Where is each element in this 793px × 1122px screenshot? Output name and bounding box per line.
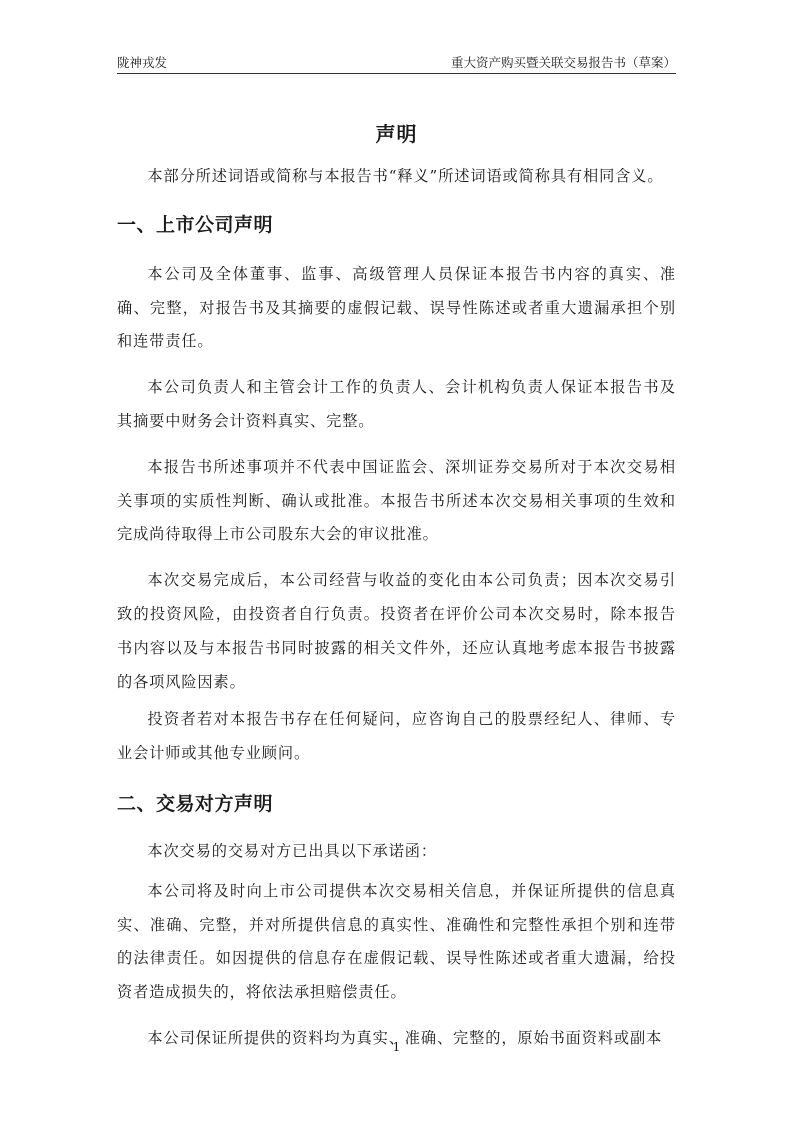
paragraph: 本次交易的交易对方已出具以下承诺函： — [117, 835, 676, 869]
section-heading-counterparty: 二、交易对方声明 — [117, 787, 676, 821]
page-number: 1 — [0, 1040, 793, 1054]
paragraph: 本公司及全体董事、监事、高级管理人员保证本报告书内容的真实、准确、完整，对报告书… — [117, 258, 676, 359]
header-company-name: 陇神戎发 — [117, 55, 167, 71]
paragraph: 本公司将及时向上市公司提供本次交易相关信息，并保证所提供的信息真实、准确、完整，… — [117, 875, 676, 1010]
page-header: 陇神戎发 重大资产购买暨关联交易报告书（草案） — [117, 53, 676, 74]
document-body: 本部分所述词语或简称与本报告书“释义”所述词语或简称具有相同含义。 一、上市公司… — [117, 160, 676, 1056]
paragraph: 本公司负责人和主管会计工作的负责人、会计机构负责人保证本报告书及其摘要中财务会计… — [117, 371, 676, 439]
page-title: 声明 — [0, 118, 793, 147]
paragraph: 本次交易完成后，本公司经营与收益的变化由本公司负责；因本次交易引致的投资风险，由… — [117, 564, 676, 699]
header-document-title: 重大资产购买暨关联交易报告书（草案） — [451, 55, 676, 71]
paragraph: 投资者若对本报告书存在任何疑问，应咨询自己的股票经纪人、律师、专业会计师或其他专… — [117, 703, 676, 771]
intro-paragraph: 本部分所述词语或简称与本报告书“释义”所述词语或简称具有相同含义。 — [117, 160, 676, 194]
paragraph: 本报告书所述事项并不代表中国证监会、深圳证券交易所对于本次交易相关事项的实质性判… — [117, 451, 676, 552]
section-heading-listed-company: 一、上市公司声明 — [117, 208, 676, 242]
